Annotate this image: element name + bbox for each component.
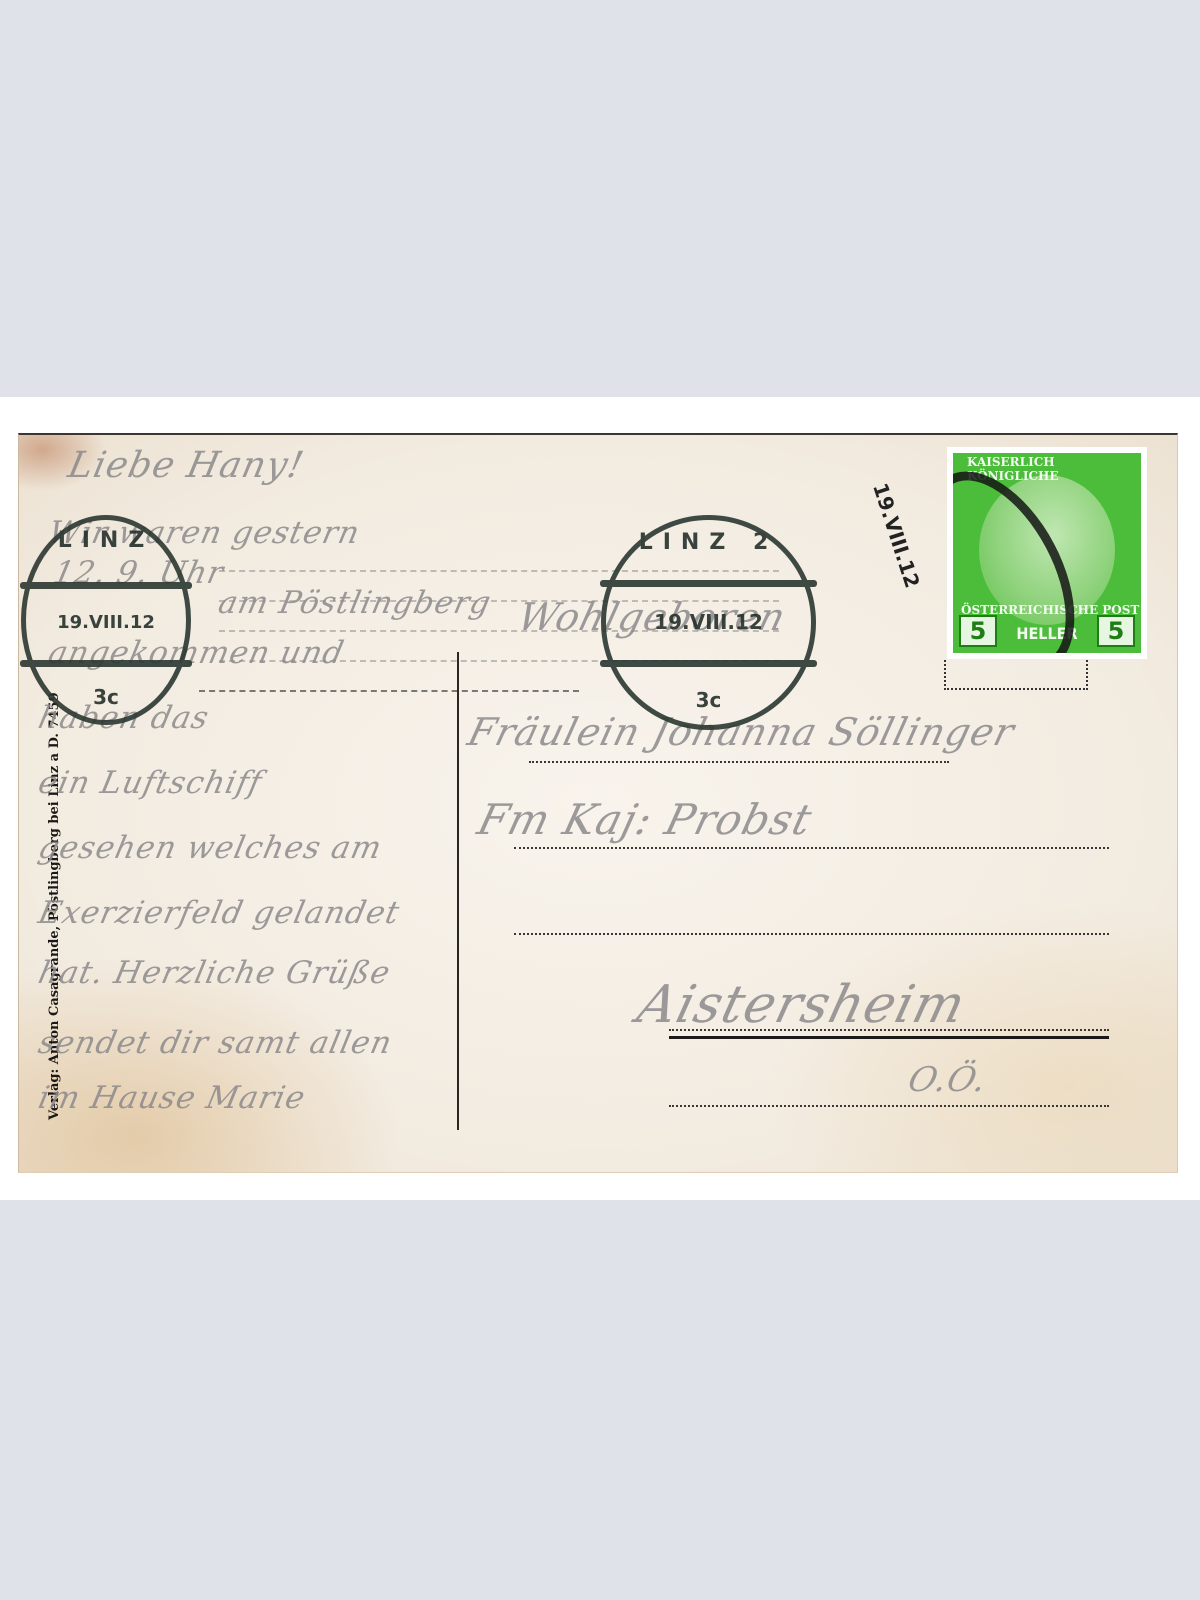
stamp-face: KAISERLICH KÖNIGLICHE ÖSTERREICHISCHE PO… — [953, 453, 1141, 653]
address-line: Fm Kaj: Probst — [473, 795, 817, 844]
address-region: O.Ö. — [904, 1060, 991, 1100]
postmark-bar — [600, 580, 817, 587]
address-rule-town — [669, 1036, 1109, 1039]
center-postmark: LINZ 2 19.VIII.12 3c — [601, 515, 816, 730]
message-line: am Pöstlingberg — [215, 585, 495, 621]
message-address-divider — [457, 652, 459, 1130]
address-rule-1 — [529, 761, 949, 763]
message-line: im Hause Marie — [35, 1080, 309, 1116]
postmark-bar — [20, 582, 192, 589]
postmark-code: 3c — [606, 688, 811, 712]
postmark-town: LINZ 2 — [606, 530, 811, 555]
postmark-bar — [20, 660, 192, 667]
message-salutation: Liebe Hany! — [65, 445, 308, 486]
left-postmark: LINZ 19.VIII.12 3c — [21, 515, 191, 725]
postage-stamp: KAISERLICH KÖNIGLICHE ÖSTERREICHISCHE PO… — [947, 447, 1147, 659]
message-line: ein Luftschiff — [35, 765, 265, 801]
stamp-value-right: 5 — [1097, 615, 1135, 647]
message-line: gesehen welches am — [35, 830, 385, 866]
postmark-code: 3c — [26, 685, 186, 709]
postmark-bar — [600, 660, 817, 667]
address-town: Aistersheim — [632, 975, 972, 1035]
postmark-date: 19.VIII.12 — [606, 610, 811, 634]
stamp-placement-box — [944, 660, 1088, 690]
message-line: sendet dir samt allen — [35, 1025, 396, 1061]
postmark-town: LINZ — [26, 528, 186, 553]
address-rule-5 — [669, 1105, 1109, 1107]
postcard-image: Verlag: Anton Casagrande, Pöstlingberg b… — [18, 433, 1178, 1173]
postmark-date: 19.VIII.12 — [26, 612, 186, 633]
address-rule-2 — [514, 847, 1109, 849]
message-line: hat. Herzliche Grüße — [35, 955, 394, 991]
stamp-cancel-date: 19.VIII.12 — [868, 480, 924, 591]
faint-rule — [199, 690, 579, 692]
message-line: Exerzierfeld gelandet — [35, 895, 403, 931]
address-rule-3 — [514, 933, 1109, 935]
